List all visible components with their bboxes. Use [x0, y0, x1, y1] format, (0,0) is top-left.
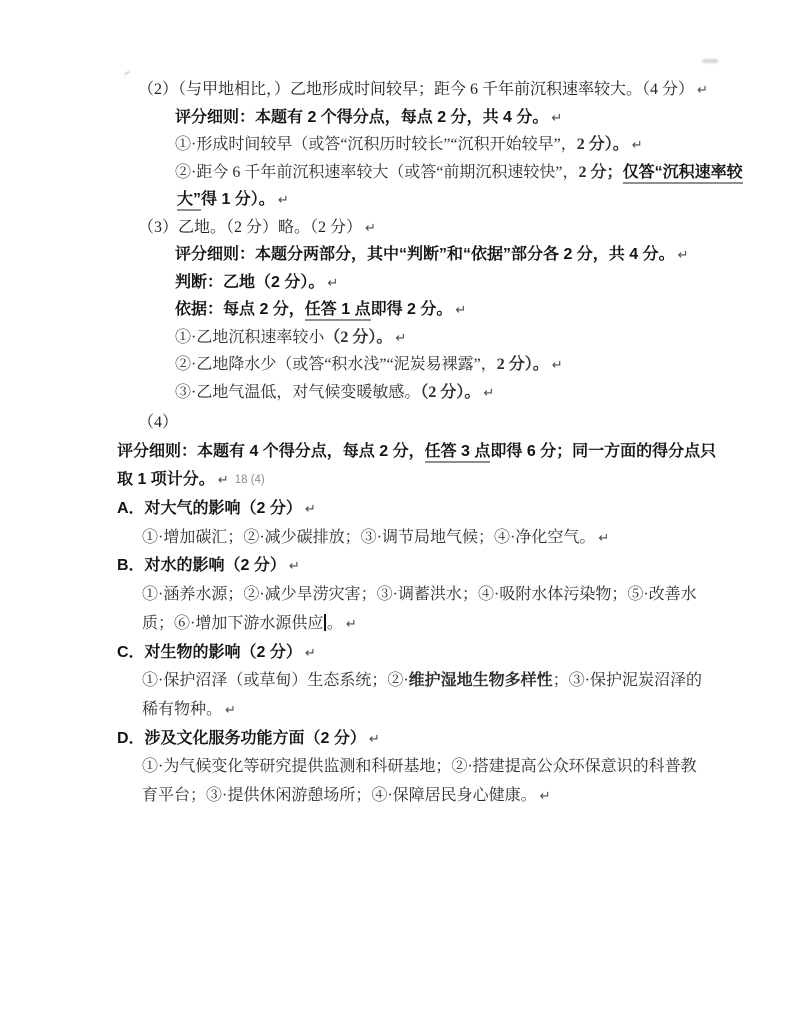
- paragraph-mark-icon: ↵: [305, 502, 316, 517]
- text-run: 即得 2 分。: [371, 301, 453, 318]
- text-run: 取 1 项计分。: [117, 471, 215, 488]
- text-run: （2）（与甲地相比，）乙地形成时间较早；距今 6 千年前沉积速率较大。（4 分）: [138, 81, 694, 98]
- text-run: ②·乙地降水少（或答“积水浅”“泥炭易裸露”，: [175, 356, 497, 373]
- doc-line: 评分细则：本题有 4 个得分点，每点 2 分，任答 3 点即得 6 分；同一方面…: [0, 438, 800, 467]
- doc-line: C．对生物的影响（2 分）↵: [0, 639, 800, 668]
- text-run: ①·保护沼泽（或草甸）生态系统；②·: [142, 672, 409, 689]
- paragraph-mark-icon: ↵: [455, 303, 466, 318]
- text-run: 任答 3 点: [425, 443, 491, 463]
- doc-line: 依据：每点 2 分，任答 1 点即得 2 分。↵: [0, 296, 800, 324]
- text-run: 评分细则：本题有 2 个得分点，每点 2 分，共 4 分。: [175, 109, 548, 126]
- text-run: ；③·保护泥炭沼泽的: [553, 672, 702, 689]
- doc-line: 大”得 1 分）。↵: [0, 186, 800, 214]
- text-run: ①·为气候变化等研究提供监测和科研基地；②·搭建提高公众环保意识的科普教: [142, 758, 697, 775]
- doc-line: ①·为气候变化等研究提供监测和科研基地；②·搭建提高公众环保意识的科普教: [0, 753, 800, 782]
- text-cursor: [324, 614, 326, 631]
- paragraph-mark-icon: ↵: [395, 331, 406, 346]
- text-run: （2 分）。: [420, 384, 480, 401]
- paragraph-mark-icon: ↵: [218, 473, 229, 488]
- text-run: ①·增加碳汇；②·减少碳排放；③·调节局地气候；④·净化空气。: [142, 529, 595, 546]
- doc-line: （3）乙地。（2 分）略。（2 分）↵: [0, 214, 800, 242]
- doc-line: ①·形成时间较早（或答“沉积历时较长”“沉积开始较早”，2 分）。↵: [0, 131, 800, 159]
- text-run: 。: [327, 615, 343, 632]
- text-run: ②·距今 6 千年前沉积速率较大（或答“前期沉积速较快”，: [175, 164, 579, 181]
- doc-line: ②·乙地降水少（或答“积水浅”“泥炭易裸露”，2 分）。↵: [0, 351, 800, 379]
- paragraph-mark-icon: ↵: [289, 559, 300, 574]
- doc-line: D．涉及文化服务功能方面（2 分）↵: [0, 725, 800, 754]
- doc-line: 判断：乙地（2 分）。↵: [0, 269, 800, 297]
- doc-line: A．对大气的影响（2 分）↵: [0, 495, 800, 524]
- rubric-questions-2-3: （2）（与甲地相比，）乙地形成时间较早；距今 6 千年前沉积速率较大。（4 分）…: [0, 76, 800, 406]
- revision-note: 18 (4): [235, 474, 265, 486]
- text-run: C．对生物的影响（2 分）: [117, 644, 302, 661]
- text-run: 仅答“沉积速率较: [623, 164, 743, 184]
- text-run: 得 1 分）。: [201, 191, 275, 208]
- text-run: 稀有物种。: [142, 701, 222, 718]
- doc-line: ③·乙地气温低，对气候变暖敏感。（2 分）。↵: [0, 379, 800, 407]
- doc-line: 取 1 项计分。↵18 (4): [0, 466, 800, 495]
- paragraph-mark-icon: ↵: [278, 193, 289, 208]
- doc-line: ②·距今 6 千年前沉积速率较大（或答“前期沉积速较快”，2 分；仅答“沉积速率…: [0, 159, 800, 187]
- paragraph-mark-icon: ↵: [346, 617, 357, 632]
- text-run: 维护湿地生物多样性: [409, 672, 553, 689]
- paragraph-mark-icon: ↵: [365, 221, 376, 236]
- text-run: 2 分）。: [577, 136, 629, 153]
- doc-line: 评分细则：本题分两部分，其中“判断”和“依据”部分各 2 分，共 4 分。↵: [0, 241, 800, 269]
- scan-artifact-top-right: [702, 59, 718, 63]
- text-run: （2 分）。: [324, 329, 392, 346]
- text-run: 任答 1 点: [305, 301, 371, 321]
- scan-artifact-top-left: [124, 71, 130, 76]
- doc-line: B．对水的影响（2 分）↵: [0, 552, 800, 581]
- paragraph-mark-icon: ↵: [305, 646, 316, 661]
- text-run: 2 分）。: [497, 356, 549, 373]
- text-run: （4）: [138, 414, 178, 431]
- text-run: ③·乙地气温低，对气候变暖敏感。: [175, 384, 420, 401]
- paragraph-mark-icon: ↵: [483, 386, 494, 401]
- doc-line: 稀有物种。↵: [0, 696, 800, 725]
- text-run: 即得 6 分；同一方面的得分点只: [490, 443, 716, 460]
- text-run: A．对大气的影响（2 分）: [117, 500, 302, 517]
- text-run: （3）乙地。（2 分）略。（2 分）: [138, 219, 362, 236]
- paragraph-mark-icon: ↵: [552, 358, 563, 373]
- doc-line: 质；⑥·增加下游水源供应。↵: [0, 610, 800, 639]
- doc-line: （2）（与甲地相比，）乙地形成时间较早；距今 6 千年前沉积速率较大。（4 分）…: [0, 76, 800, 104]
- paragraph-mark-icon: ↵: [697, 83, 708, 98]
- doc-line: （4）: [0, 409, 800, 438]
- paragraph-mark-icon: ↵: [598, 531, 609, 546]
- text-run: 质；⑥·增加下游水源供应: [142, 615, 323, 632]
- paragraph-mark-icon: ↵: [225, 703, 236, 718]
- text-run: 判断：乙地（2 分）。: [175, 274, 324, 291]
- text-run: B．对水的影响（2 分）: [117, 557, 286, 574]
- document-page[interactable]: （2）（与甲地相比，）乙地形成时间较早；距今 6 千年前沉积速率较大。（4 分）…: [0, 0, 800, 1028]
- text-run: ①·乙地沉积速率较小: [175, 329, 324, 346]
- text-run: 评分细则：本题有 4 个得分点，每点 2 分，: [117, 443, 425, 460]
- text-run: ①·涵养水源；②·减少旱涝灾害；③·调蓄洪水；④·吸附水体污染物；⑤·改善水: [142, 586, 697, 603]
- paragraph-mark-icon: ↵: [327, 276, 338, 291]
- doc-line: ①·涵养水源；②·减少旱涝灾害；③·调蓄洪水；④·吸附水体污染物；⑤·改善水: [0, 581, 800, 610]
- doc-line: ①·保护沼泽（或草甸）生态系统；②·维护湿地生物多样性；③·保护泥炭沼泽的: [0, 667, 800, 696]
- text-run: D．涉及文化服务功能方面（2 分）: [117, 730, 366, 747]
- paragraph-mark-icon: ↵: [551, 111, 562, 126]
- text-run: 育平台；③·提供休闲游憩场所；④·保障居民身心健康。: [142, 787, 537, 804]
- paragraph-mark-icon: ↵: [632, 138, 643, 153]
- paragraph-mark-icon: ↵: [369, 732, 380, 747]
- text-run: ①·形成时间较早（或答“沉积历时较长”“沉积开始较早”，: [175, 136, 577, 153]
- text-run: 大”: [177, 191, 201, 211]
- doc-line: ①·乙地沉积速率较小（2 分）。↵: [0, 324, 800, 352]
- document-body: （2）（与甲地相比，）乙地形成时间较早；距今 6 千年前沉积速率较大。（4 分）…: [0, 76, 800, 811]
- doc-line: 评分细则：本题有 2 个得分点，每点 2 分，共 4 分。↵: [0, 104, 800, 132]
- text-run: 依据：每点 2 分，: [175, 301, 305, 318]
- paragraph-mark-icon: ↵: [678, 248, 689, 263]
- text-run: 2 分；: [579, 164, 623, 181]
- paragraph-mark-icon: ↵: [540, 789, 551, 804]
- doc-line: ①·增加碳汇；②·减少碳排放；③·调节局地气候；④·净化空气。↵: [0, 524, 800, 553]
- doc-line: 育平台；③·提供休闲游憩场所；④·保障居民身心健康。↵: [0, 782, 800, 811]
- rubric-question-4: （4）评分细则：本题有 4 个得分点，每点 2 分，任答 3 点即得 6 分；同…: [0, 409, 800, 811]
- text-run: 评分细则：本题分两部分，其中“判断”和“依据”部分各 2 分，共 4 分。: [175, 246, 675, 263]
